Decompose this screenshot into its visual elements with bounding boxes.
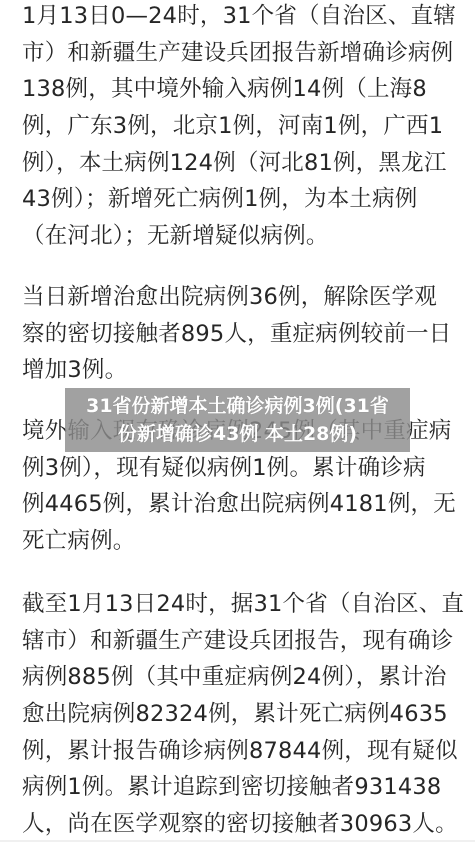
text-line: 增加3例。 (22, 352, 451, 389)
text-line: 例，广东3例，北京1例，河南1例，广西1 (22, 108, 456, 145)
paragraph-new-cases: 1月13日0—24时，31个省（自治区、直辖 市）和新疆生产建设兵团报告新增确诊… (22, 0, 456, 255)
text-line: 例，累计报告确诊病例87844例，现有疑似 (22, 733, 464, 770)
text-line: 当日新增治愈出院病例36例，解除医学观 (22, 279, 451, 316)
text-line: 例3例），现有疑似病例1例。累计确诊病 (22, 450, 456, 487)
text-line: 43例）；新增死亡病例1例，为本土病例 (22, 181, 456, 218)
text-line: 例），本土病例124例（河北81例，黑龙江 (22, 145, 456, 182)
paragraph-cumulative-totals: 截至1月13日24时，据31个省（自治区、直 辖市）和新疆生产建设兵团报告，现有… (22, 586, 464, 842)
paragraph-recoveries: 当日新增治愈出院病例36例，解除医学观 察的密切接触者895人，重症病例较前一日… (22, 279, 451, 389)
text-line: （在河北）；无新增疑似病例。 (22, 218, 456, 255)
headline-overlay-banner: 31省份新增本土确诊病例3例(31省 份新增确诊43例 本土28例) (65, 388, 410, 452)
text-line: 市）和新疆生产建设兵团报告新增确诊病例 (22, 35, 456, 72)
text-line: 病例1例。累计追踪到密切接触者931438 (22, 769, 464, 806)
text-line: 病例885例（其中重症病例24例），累计治 (22, 659, 464, 696)
text-line: 察的密切接触者895人，重症病例较前一日 (22, 316, 451, 353)
text-line: 辖市）和新疆生产建设兵团报告，现有确诊 (22, 623, 464, 660)
overlay-title-line: 31省份新增本土确诊病例3例(31省 (65, 392, 410, 420)
text-line: 人，尚在医学观察的密切接触者30963人。 (22, 806, 464, 842)
text-line: 死亡病例。 (22, 523, 456, 560)
text-line: 138例，其中境外输入病例14例（上海8 (22, 71, 456, 108)
text-line: 例4465例，累计治愈出院病例4181例，无 (22, 486, 456, 523)
text-line: 1月13日0—24时，31个省（自治区、直辖 (22, 0, 456, 35)
text-line: 截至1月13日24时，据31个省（自治区、直 (22, 586, 464, 623)
overlay-title-line: 份新增确诊43例 本土28例) (65, 420, 410, 448)
text-line: 愈出院病例82324例，累计死亡病例4635 (22, 696, 464, 733)
